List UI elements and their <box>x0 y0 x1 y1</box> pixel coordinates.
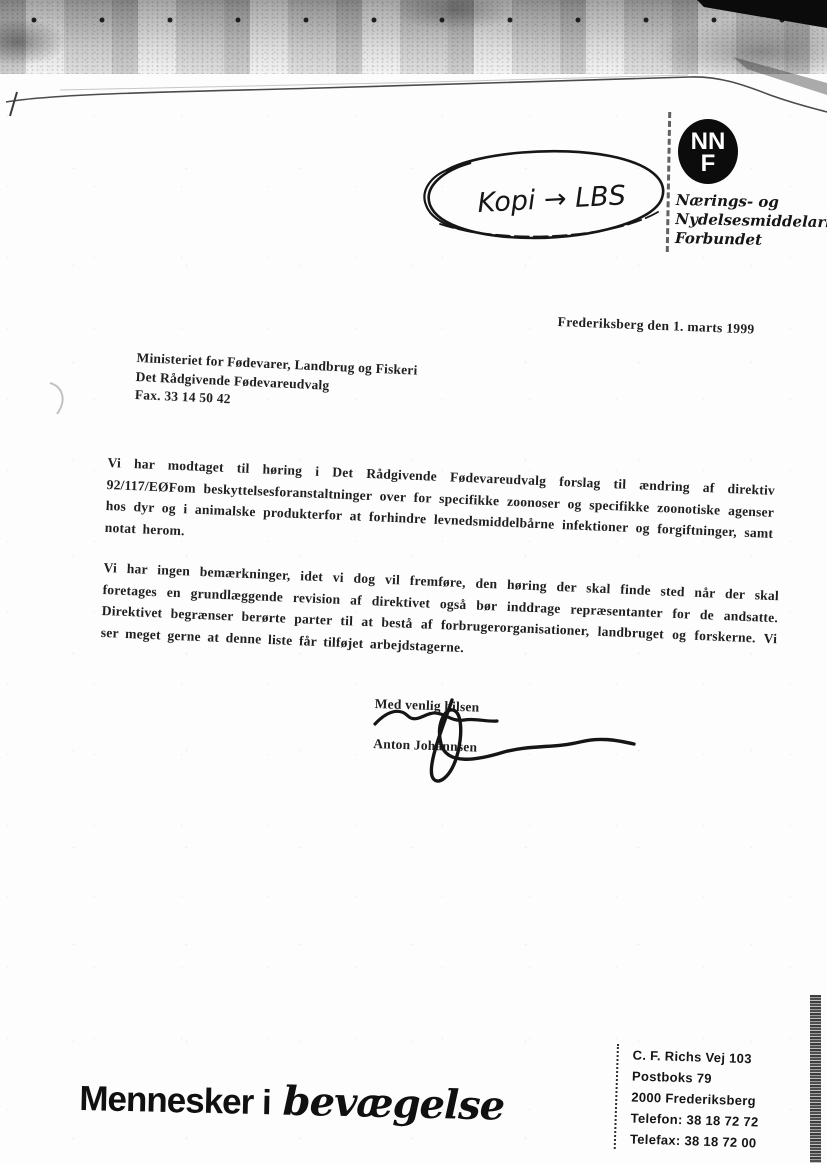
annotation-circle-loop <box>424 170 480 233</box>
corner-fold-tick <box>10 92 17 116</box>
footer-slogan-script: bevægelse <box>282 1078 505 1130</box>
nnf-logo-icon: NN F <box>678 119 738 184</box>
body-paragraph-2: Vi har ingen bemærkninger, idet vi dog v… <box>100 557 779 671</box>
closing-block: Med venlig hilsen Anton Johannsen <box>373 696 480 756</box>
signer-name: Anton Johannsen <box>373 736 478 756</box>
dateline: Frederiksberg den 1. marts 1999 <box>557 314 754 338</box>
torn-edge-line <box>6 77 827 112</box>
binder-hole-dots <box>0 14 827 27</box>
footer-slogan: Mennesker i bevægelse <box>79 1073 505 1130</box>
cut-mark-dashed-line <box>666 112 671 252</box>
org-name-line: Forbundet <box>675 229 827 252</box>
footer-contact-block: C. F. Richs Vej 103 Postboks 79 2000 Fre… <box>614 1044 761 1153</box>
torn-edge-smudge <box>60 75 688 90</box>
handwritten-annotation: Kopi → LBS <box>424 151 663 238</box>
handwritten-note-text: Kopi → LBS <box>477 180 627 219</box>
scanned-letter-page: NN F Nærings- og Nydelsesmiddelarbejder … <box>0 0 827 1163</box>
annotation-circle-retrace <box>440 212 658 237</box>
scan-artifact-top-band <box>0 0 827 74</box>
nnf-logo-initials-bottom: F <box>678 152 738 176</box>
margin-pen-arc <box>50 383 63 414</box>
recipient-address: Ministeriet for Fødevarer, Landbrug og F… <box>134 349 417 417</box>
body-paragraph-1: Vi har modtaget til høring i Det Rådgive… <box>104 452 775 566</box>
closing-phrase: Med venlig hilsen <box>374 696 479 716</box>
footer-slogan-regular: Mennesker i <box>79 1079 271 1122</box>
scan-artifact-right-strip <box>810 995 821 1163</box>
annotation-circle-stroke <box>429 151 663 238</box>
organization-name: Nærings- og Nydelsesmiddelarbejder Forbu… <box>675 191 827 252</box>
footer-address-line: Telefax: 38 18 72 00 <box>630 1128 758 1153</box>
